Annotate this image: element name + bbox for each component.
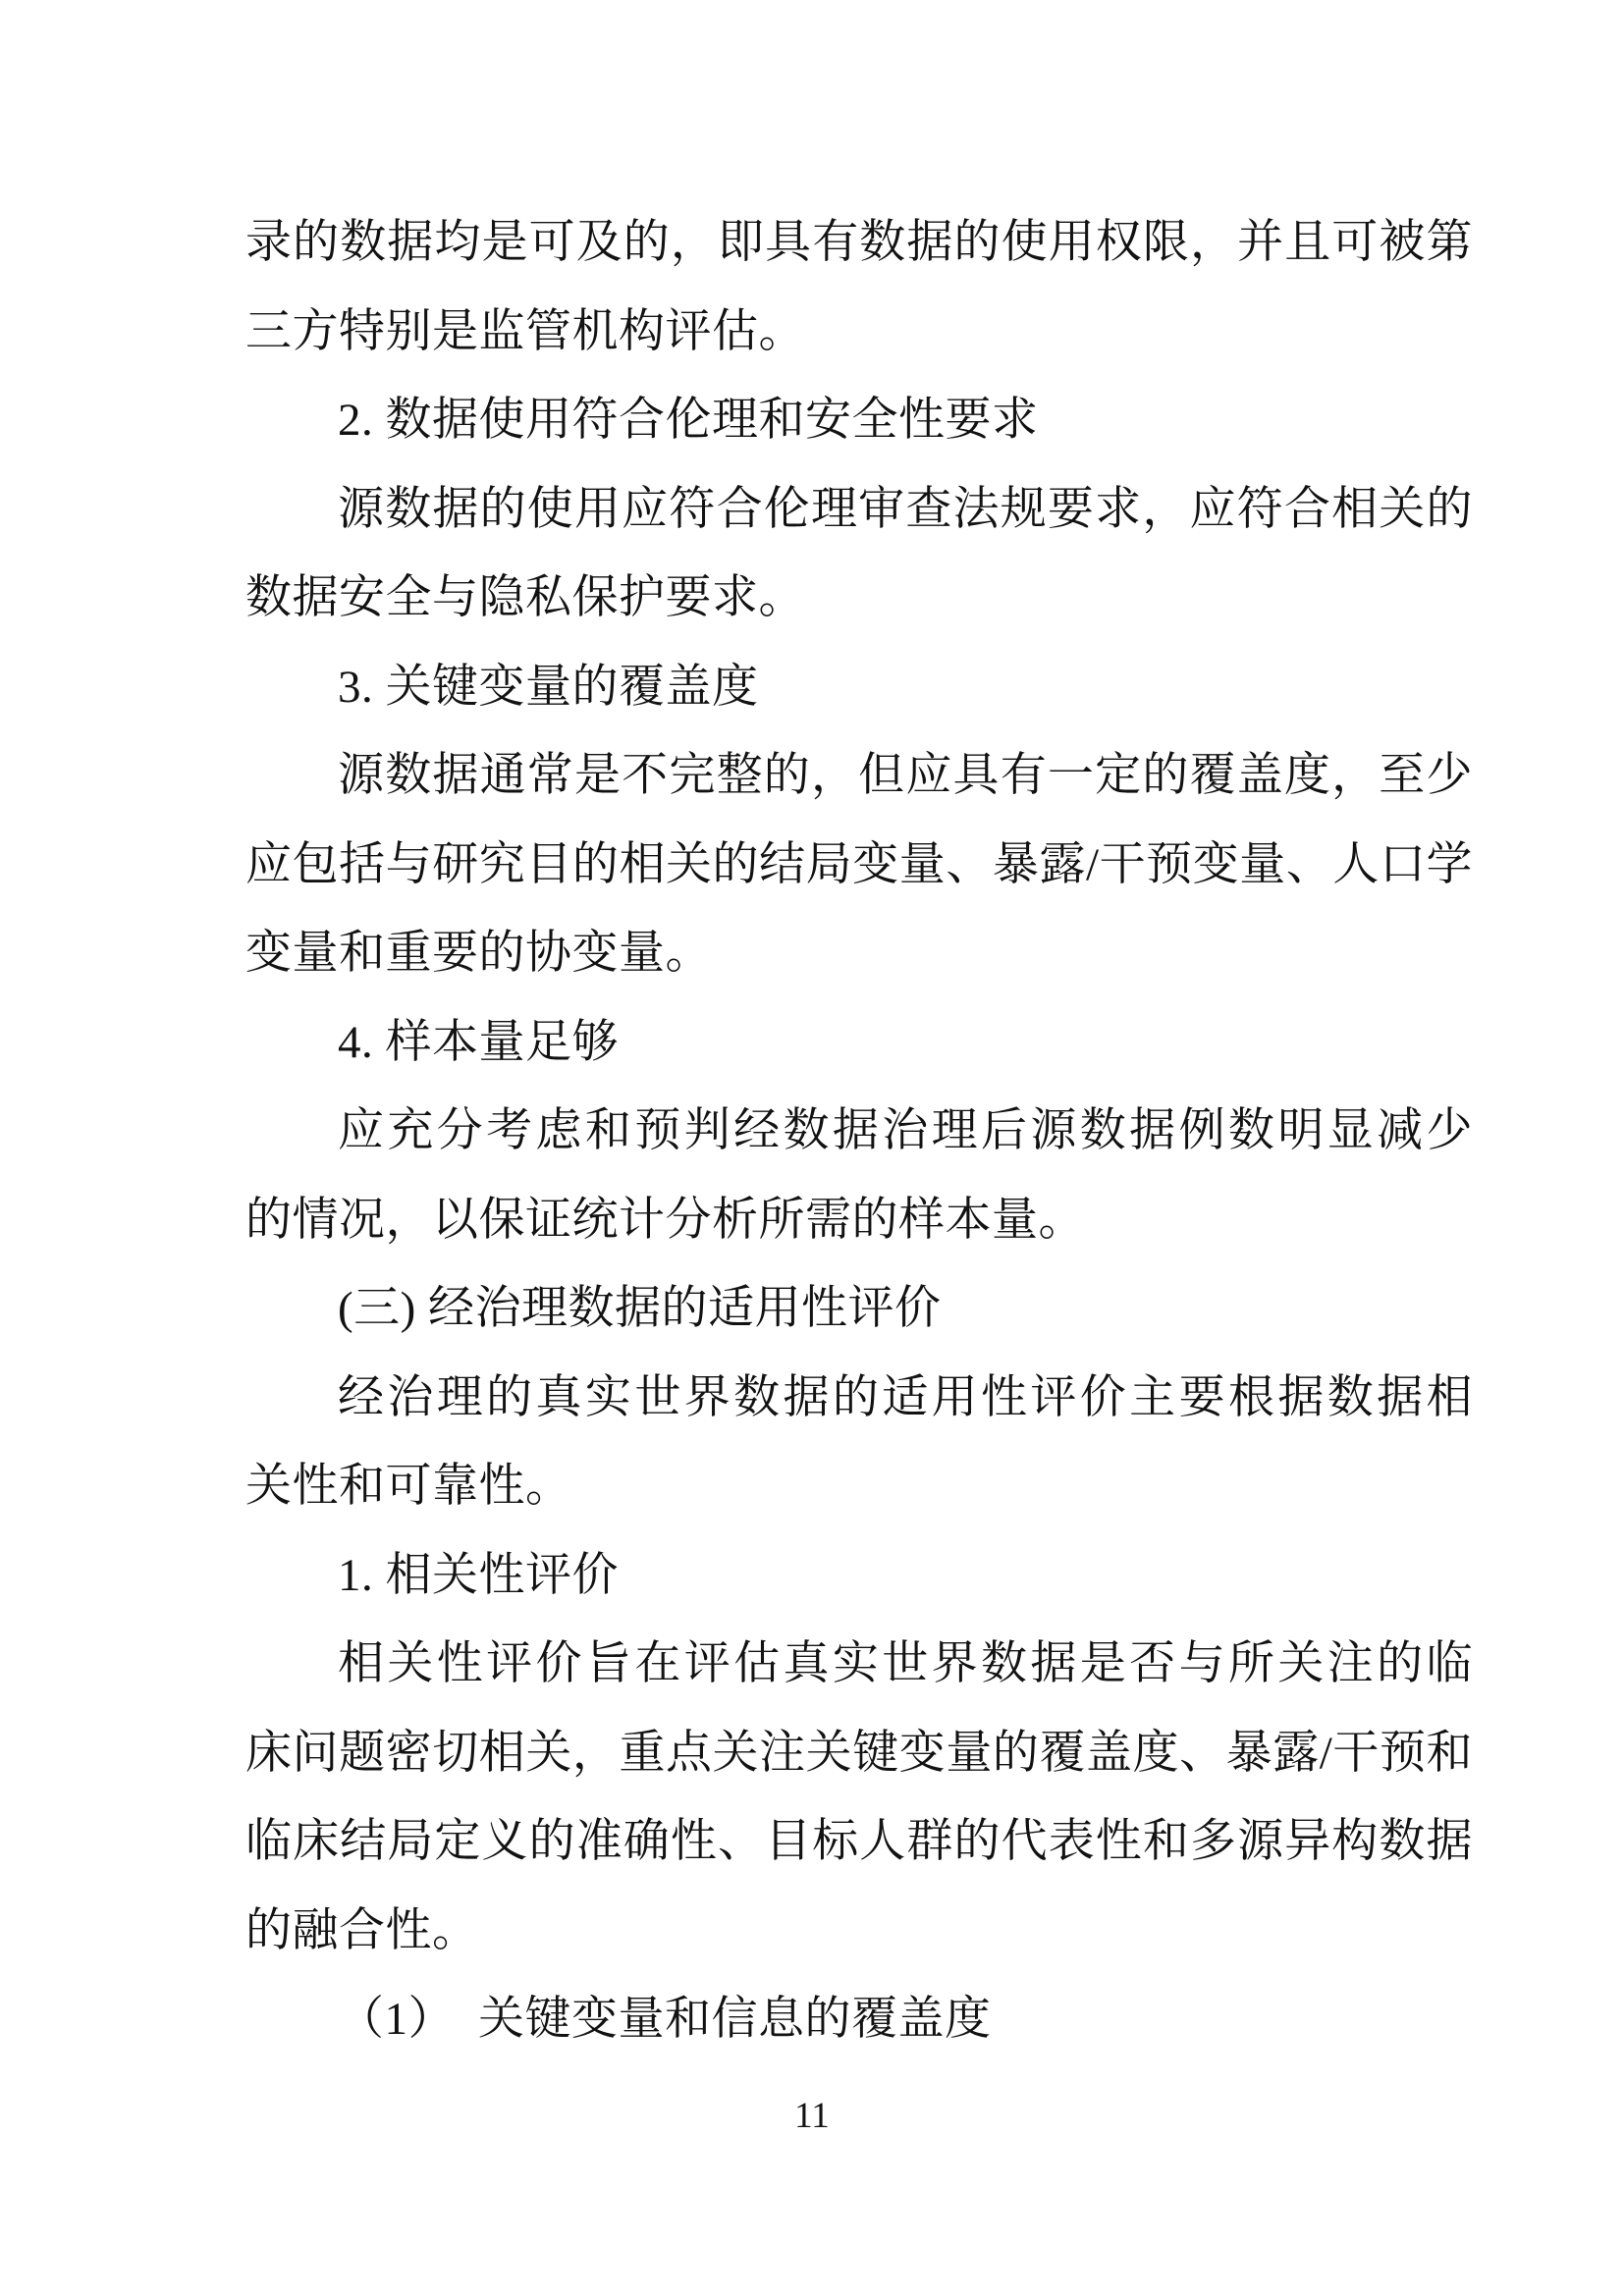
text-line: 床问题密切相关，重点关注关键变量的覆盖度、暴露/干预和	[245, 1709, 1473, 1798]
item-heading-1: （1） 关键变量和信息的覆盖度	[245, 1975, 1473, 2064]
text-line: 关性和可靠性。	[245, 1442, 1473, 1531]
subsection-heading-san: (三) 经治理数据的适用性评价	[245, 1264, 1473, 1354]
text-line: 三方特别是监管机构评估。	[245, 288, 1473, 377]
section-heading-1-relevance: 1. 相关性评价	[245, 1531, 1473, 1621]
page-number: 11	[0, 2097, 1624, 2136]
document-page: 录的数据均是可及的，即具有数据的使用权限，并且可被第 三方特别是监管机构评估。 …	[0, 0, 1624, 2296]
text-line: 应包括与研究目的相关的结局变量、暴露/干预变量、人口学	[245, 821, 1473, 910]
section-heading-2: 2. 数据使用符合伦理和安全性要求	[245, 376, 1473, 465]
text-block: 录的数据均是可及的，即具有数据的使用权限，并且可被第 三方特别是监管机构评估。 …	[245, 198, 1473, 2064]
text-line: 变量和重要的协变量。	[245, 909, 1473, 998]
section-heading-3: 3. 关键变量的覆盖度	[245, 643, 1473, 732]
text-line: 数据安全与隐私保护要求。	[245, 554, 1473, 643]
text-line: 应充分考虑和预判经数据治理后源数据例数明显减少	[245, 1087, 1473, 1176]
section-heading-4: 4. 样本量足够	[245, 998, 1473, 1088]
text-line: 的情况，以保证统计分析所需的样本量。	[245, 1176, 1473, 1265]
text-line: 的融合性。	[245, 1887, 1473, 1976]
text-line: 录的数据均是可及的，即具有数据的使用权限，并且可被第	[245, 198, 1473, 288]
text-line: 经治理的真实世界数据的适用性评价主要根据数据相	[245, 1354, 1473, 1443]
text-line: 临床结局定义的准确性、目标人群的代表性和多源异构数据	[245, 1797, 1473, 1887]
text-line: 相关性评价旨在评估真实世界数据是否与所关注的临	[245, 1620, 1473, 1709]
text-line: 源数据通常是不完整的，但应具有一定的覆盖度，至少	[245, 731, 1473, 821]
text-line: 源数据的使用应符合伦理审查法规要求，应符合相关的	[245, 465, 1473, 555]
